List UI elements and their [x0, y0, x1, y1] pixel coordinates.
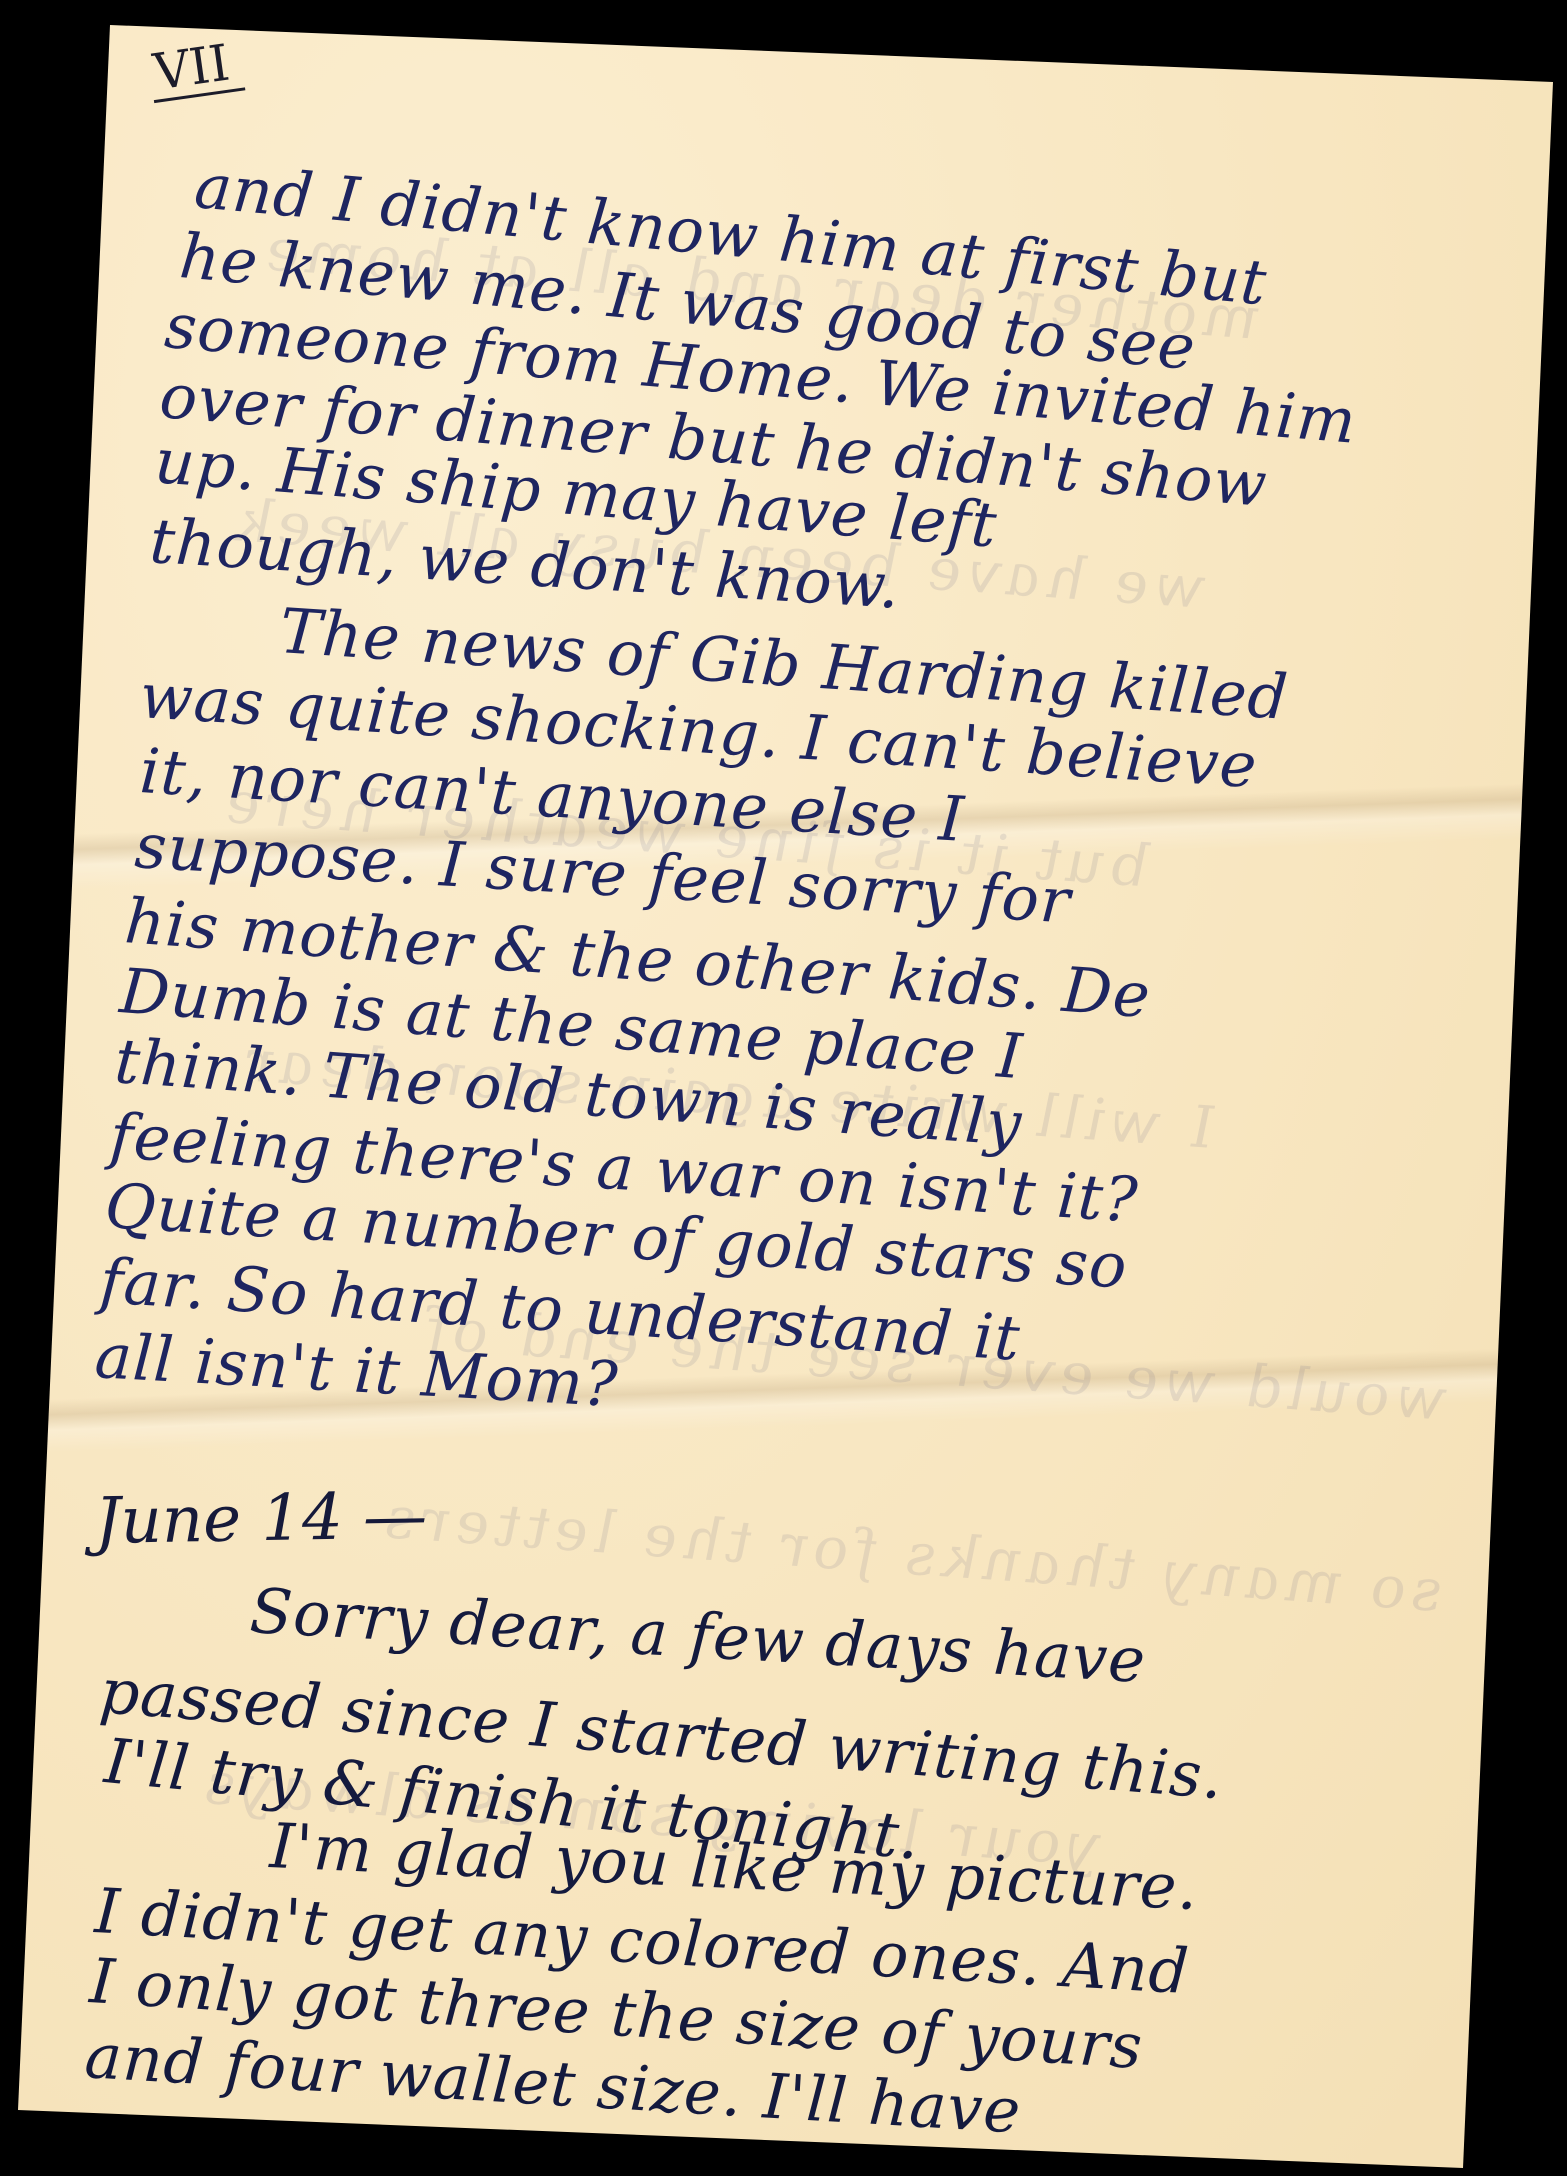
- date-heading: June 14 —: [94, 1484, 427, 1554]
